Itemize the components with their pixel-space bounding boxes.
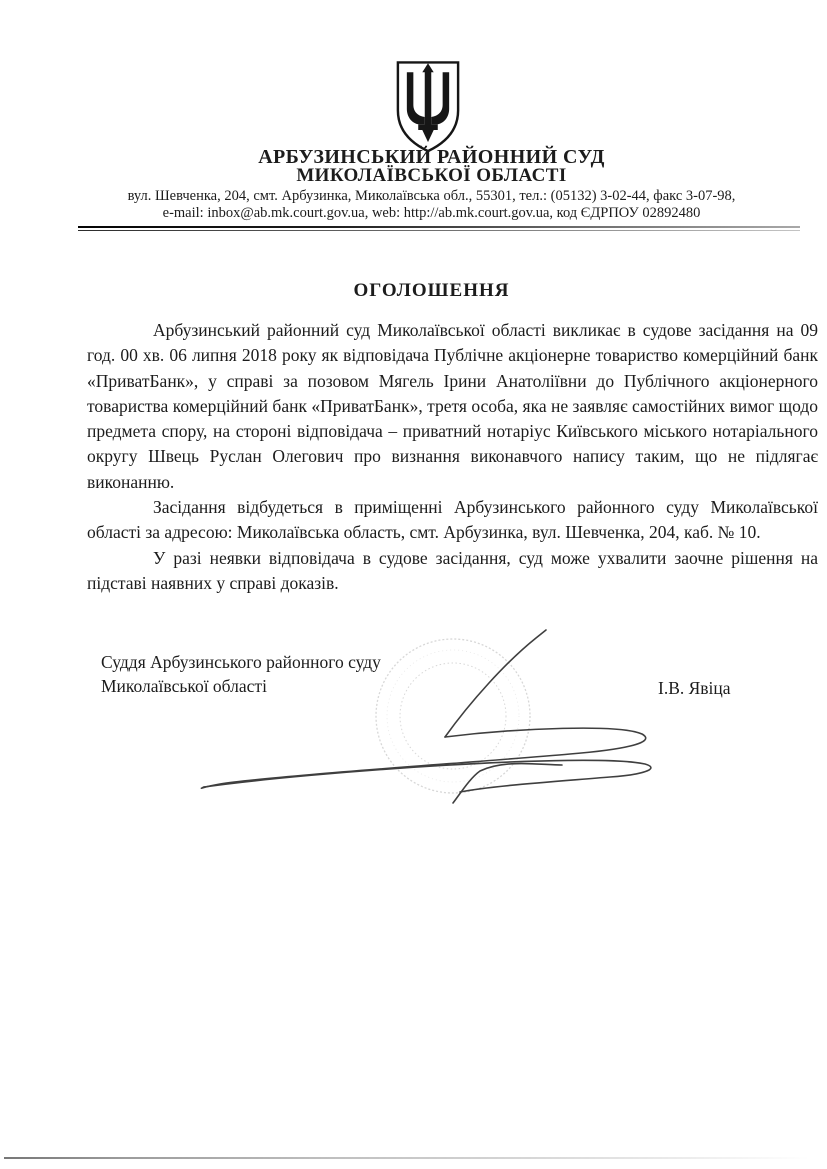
header-divider-rule bbox=[78, 226, 800, 231]
court-name-line2: МИКОЛАЇВСЬКОЇ ОБЛАСТІ bbox=[36, 165, 827, 187]
body-paragraph-warning: У разі неявки відповідача в судове засід… bbox=[87, 546, 818, 597]
ukraine-trident-emblem-icon bbox=[391, 60, 465, 156]
document-body: Арбузинський районний суд Миколаївської … bbox=[87, 318, 818, 596]
court-contacts-line: e-mail: inbox@ab.mk.court.gov.ua, web: h… bbox=[36, 205, 827, 222]
round-stamp-icon bbox=[376, 639, 530, 793]
body-paragraph-location: Засідання відбудеться в приміщенні Арбуз… bbox=[87, 495, 818, 546]
court-address-line: вул. Шевченка, 204, смт. Арбузинка, Мико… bbox=[36, 188, 827, 205]
scanned-court-document-page: АРБУЗИНСЬКИЙ РАЙОННИЙ СУД МИКОЛАЇВСЬКОЇ … bbox=[0, 0, 827, 1169]
body-paragraph-summons: Арбузинський районний суд Миколаївської … bbox=[87, 318, 818, 495]
judge-role-line1: Суддя Арбузинського районного суду bbox=[101, 651, 381, 675]
document-title: ОГОЛОШЕННЯ bbox=[36, 280, 827, 302]
scan-artifact-line bbox=[4, 1157, 810, 1159]
judge-role-label: Суддя Арбузинського районного суду Микол… bbox=[101, 651, 381, 698]
judge-role-line2: Миколаївської області bbox=[101, 675, 381, 699]
judge-name: І.В. Явіца bbox=[658, 678, 731, 699]
